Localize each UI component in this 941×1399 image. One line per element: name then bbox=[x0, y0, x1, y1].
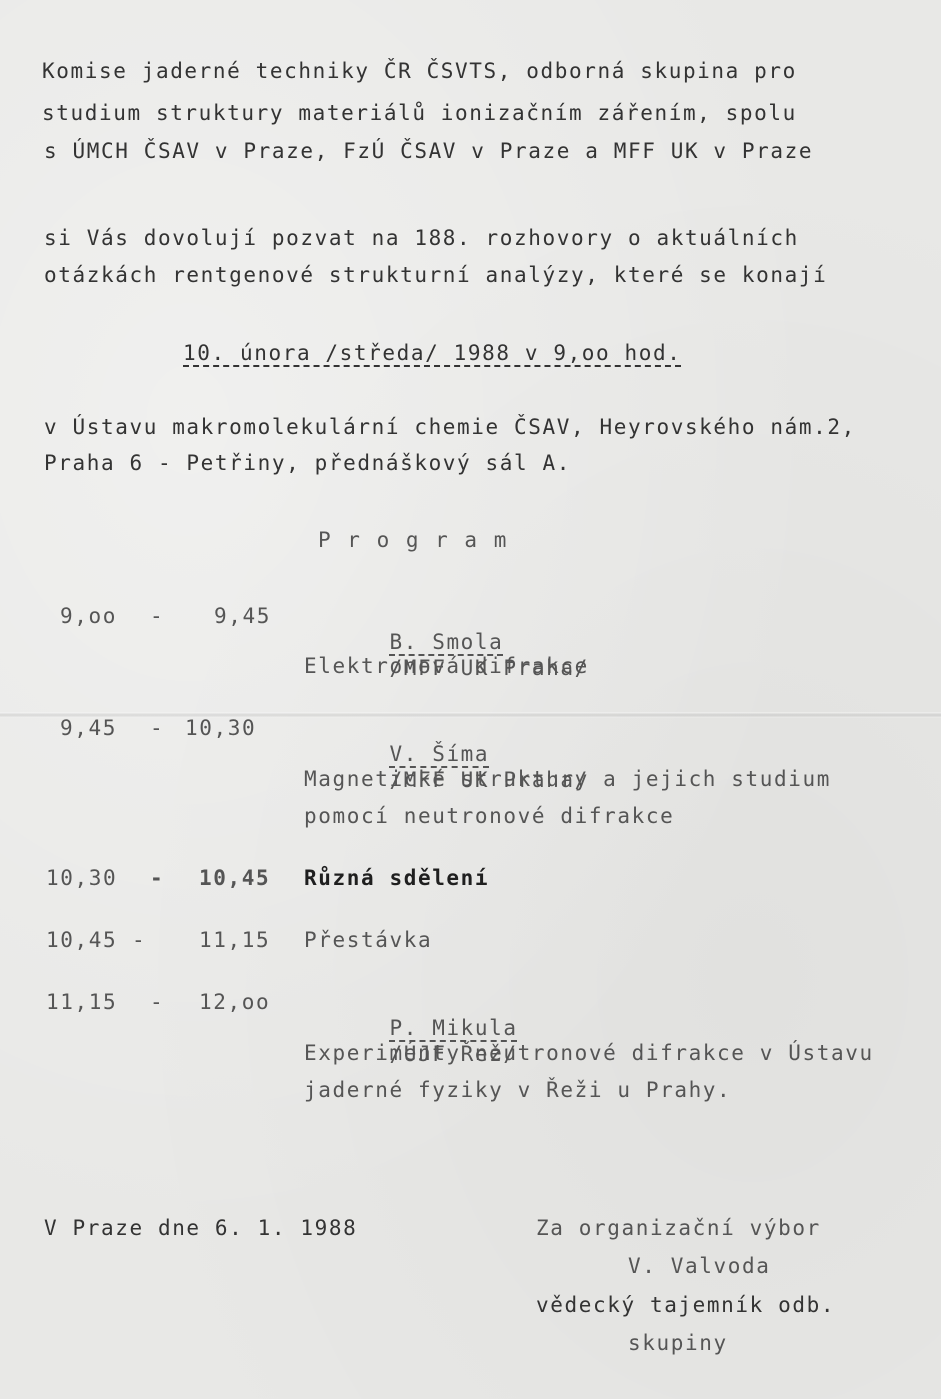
start-time: 11,15 bbox=[46, 989, 117, 1015]
invitation-line-2: otázkách rentgenové strukturní analýzy, … bbox=[44, 262, 827, 288]
speaker: B. Smola bbox=[389, 630, 503, 654]
dash: - bbox=[132, 927, 146, 953]
program-title: P r o g r a m bbox=[318, 527, 508, 553]
header-line-3: s ÚMCH ČSAV v Praze, FzÚ ČSAV v Praze a … bbox=[44, 138, 813, 164]
signature-name: V. Valvoda bbox=[628, 1253, 770, 1279]
document-page: Komise jaderné techniky ČR ČSVTS, odborn… bbox=[0, 0, 941, 1399]
start-time: 9,oo bbox=[60, 603, 117, 629]
end-time: 10,30 bbox=[185, 715, 256, 741]
end-time: 9,45 bbox=[214, 603, 271, 629]
start-time: 10,30 bbox=[46, 865, 117, 891]
dash: - bbox=[150, 865, 164, 891]
end-time: 12,oo bbox=[199, 989, 270, 1015]
venue-line-2: Praha 6 - Petřiny, přednáškový sál A. bbox=[44, 450, 571, 476]
end-time: 11,15 bbox=[199, 927, 270, 953]
signature-line-1: Za organizační výbor bbox=[536, 1215, 821, 1241]
start-time: 9,45 bbox=[60, 715, 117, 741]
speaker: P. Mikula bbox=[389, 1016, 517, 1040]
place-and-date: V Praze dne 6. 1. 1988 bbox=[44, 1215, 357, 1241]
talk-title-line-2: jaderné fyziky v Řeži u Prahy. bbox=[304, 1077, 731, 1103]
dash: - bbox=[150, 603, 164, 629]
end-time: 10,45 bbox=[199, 865, 270, 891]
event-date: 10. února /středa/ 1988 v 9,oo hod. bbox=[183, 340, 682, 366]
talk-title-line-1: Magnetické struktury a jejich studium bbox=[304, 766, 831, 792]
speaker: V. Šíma bbox=[389, 742, 489, 766]
header-line-1: Komise jaderné techniky ČR ČSVTS, odborn… bbox=[42, 58, 797, 84]
dash: - bbox=[150, 989, 164, 1015]
invitation-line-1: si Vás dovolují pozvat na 188. rozhovory… bbox=[44, 225, 799, 251]
talk-title: Různá sdělení bbox=[304, 865, 489, 891]
talk-title: Přestávka bbox=[304, 927, 432, 953]
venue-line-1: v Ústavu makromolekulární chemie ČSAV, H… bbox=[44, 414, 856, 440]
talk-title: Elektronová difrakce bbox=[304, 653, 589, 679]
talk-title-line-2: pomocí neutronové difrakce bbox=[304, 803, 674, 829]
signature-role-cont: skupiny bbox=[628, 1330, 728, 1356]
signature-role: vědecký tajemník odb. bbox=[536, 1292, 835, 1318]
talk-title-line-1: Experimenty neutronové difrakce v Ústavu bbox=[304, 1040, 874, 1066]
header-line-2: studium struktury materiálů ionizačním z… bbox=[42, 100, 797, 126]
start-time: 10,45 bbox=[46, 927, 117, 953]
dash: - bbox=[150, 715, 164, 741]
